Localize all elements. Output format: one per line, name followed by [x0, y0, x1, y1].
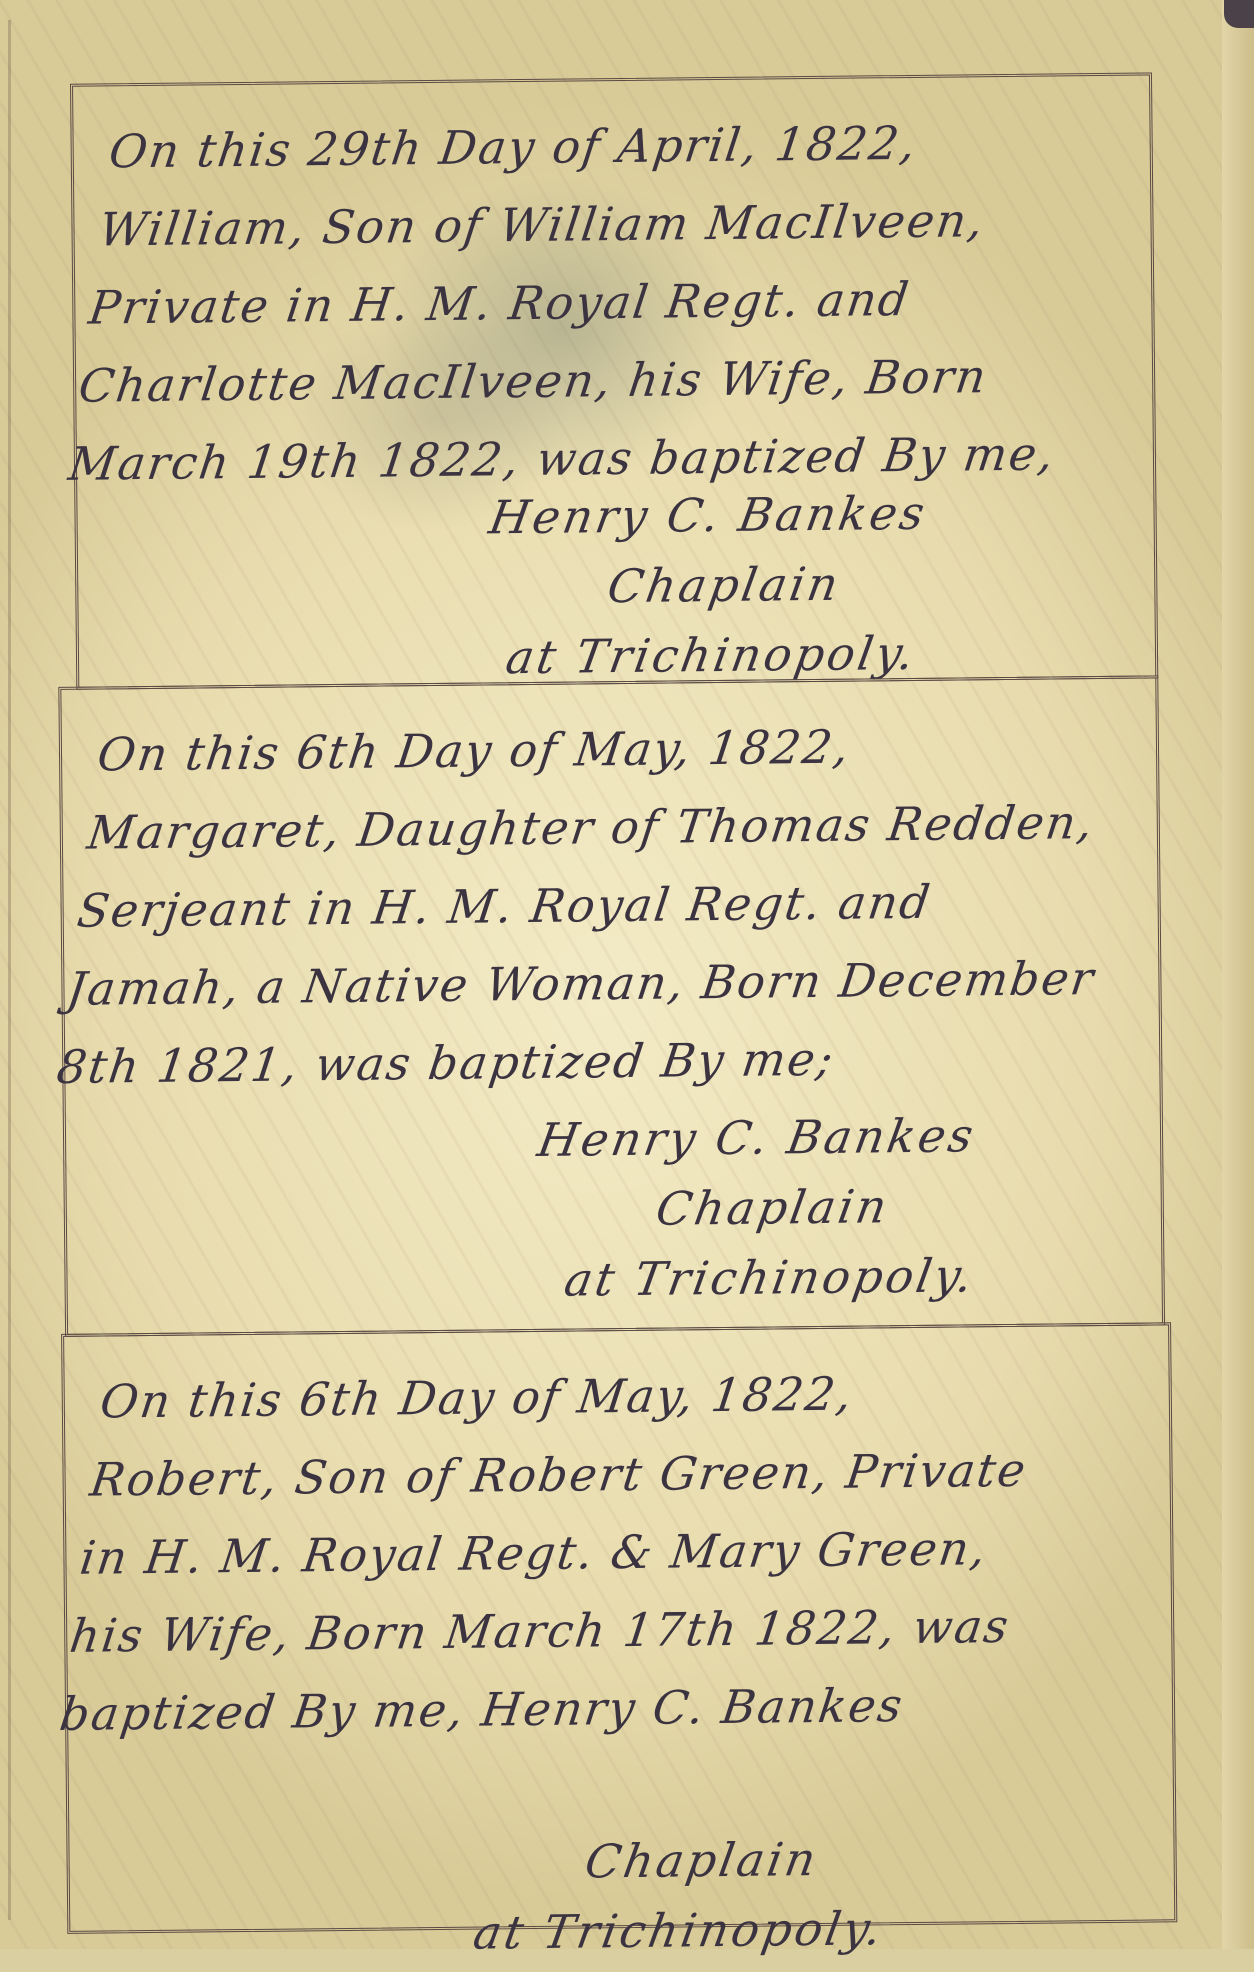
page-right-edge: [1222, 0, 1254, 1949]
signature-title: Chaplain: [472, 548, 933, 623]
signature-name: Henry C. Bankes: [484, 478, 945, 553]
entry-body: On this 29th Day of April, 1822, William…: [64, 101, 1157, 502]
page-left-edge: [8, 20, 11, 1920]
signature-block: Henry C. Bankes Chaplain at Trichinopoly…: [461, 478, 946, 693]
register-page: On this 29th Day of April, 1822, William…: [0, 0, 1254, 1949]
signature-title: Chaplain: [521, 1170, 992, 1245]
entry-line: in H. M. Royal Regt. & Mary Green,: [75, 1507, 1155, 1596]
entry-line: his Wife, Born March 17th 1822, was: [65, 1586, 1145, 1675]
signature-title: Chaplain: [580, 1823, 901, 1896]
entry-body: On this 6th Day of May, 1822, Robert, So…: [55, 1351, 1176, 1753]
entry-body: On this 6th Day of May, 1822, Margaret, …: [52, 704, 1163, 1106]
entry-line: Private in H. M. Royal Regt. and: [84, 258, 1136, 347]
signature-place: at Trichinopoly.: [468, 1893, 889, 1949]
entry-line: On this 6th Day of May, 1822,: [96, 1351, 1176, 1440]
baptism-entry-1: On this 29th Day of April, 1822, William…: [70, 72, 1158, 689]
entry-line: Robert, Son of Robert Green, Private: [86, 1429, 1166, 1518]
signature-name: Henry C. Bankes: [533, 1100, 1004, 1175]
entry-line: On this 29th Day of April, 1822,: [105, 101, 1157, 190]
entry-line: Jamah, a Native Woman, Born December: [62, 939, 1132, 1028]
entry-line: 8th 1821, was baptized By me;: [52, 1017, 1122, 1106]
register-frame: On this 29th Day of April, 1822, William…: [48, 72, 1171, 1923]
baptism-entry-3: On this 6th Day of May, 1822, Robert, So…: [61, 1322, 1177, 1934]
entry-line: Margaret, Daughter of Thomas Redden,: [83, 782, 1153, 871]
entry-line: On this 6th Day of May, 1822,: [93, 704, 1163, 793]
entry-line: Serjeant in H. M. Royal Regt. and: [73, 861, 1143, 950]
signature-block: Henry C. Bankes Chaplain at Trichinopoly…: [509, 1100, 1004, 1315]
signature-place: at Trichinopoly.: [509, 1240, 980, 1315]
entry-line: Charlotte MacIlveen, his Wife, Born: [74, 336, 1126, 425]
entry-line: William, Son of William MacIlveen,: [94, 180, 1146, 269]
page-corner-tear: [1224, 0, 1254, 28]
baptism-entry-2: On this 6th Day of May, 1822, Margaret, …: [58, 675, 1165, 1336]
signature-block: Chaplain at Trichinopoly.: [568, 1823, 901, 1949]
entry-line: baptized By me, Henry C. Bankes: [55, 1664, 1135, 1753]
